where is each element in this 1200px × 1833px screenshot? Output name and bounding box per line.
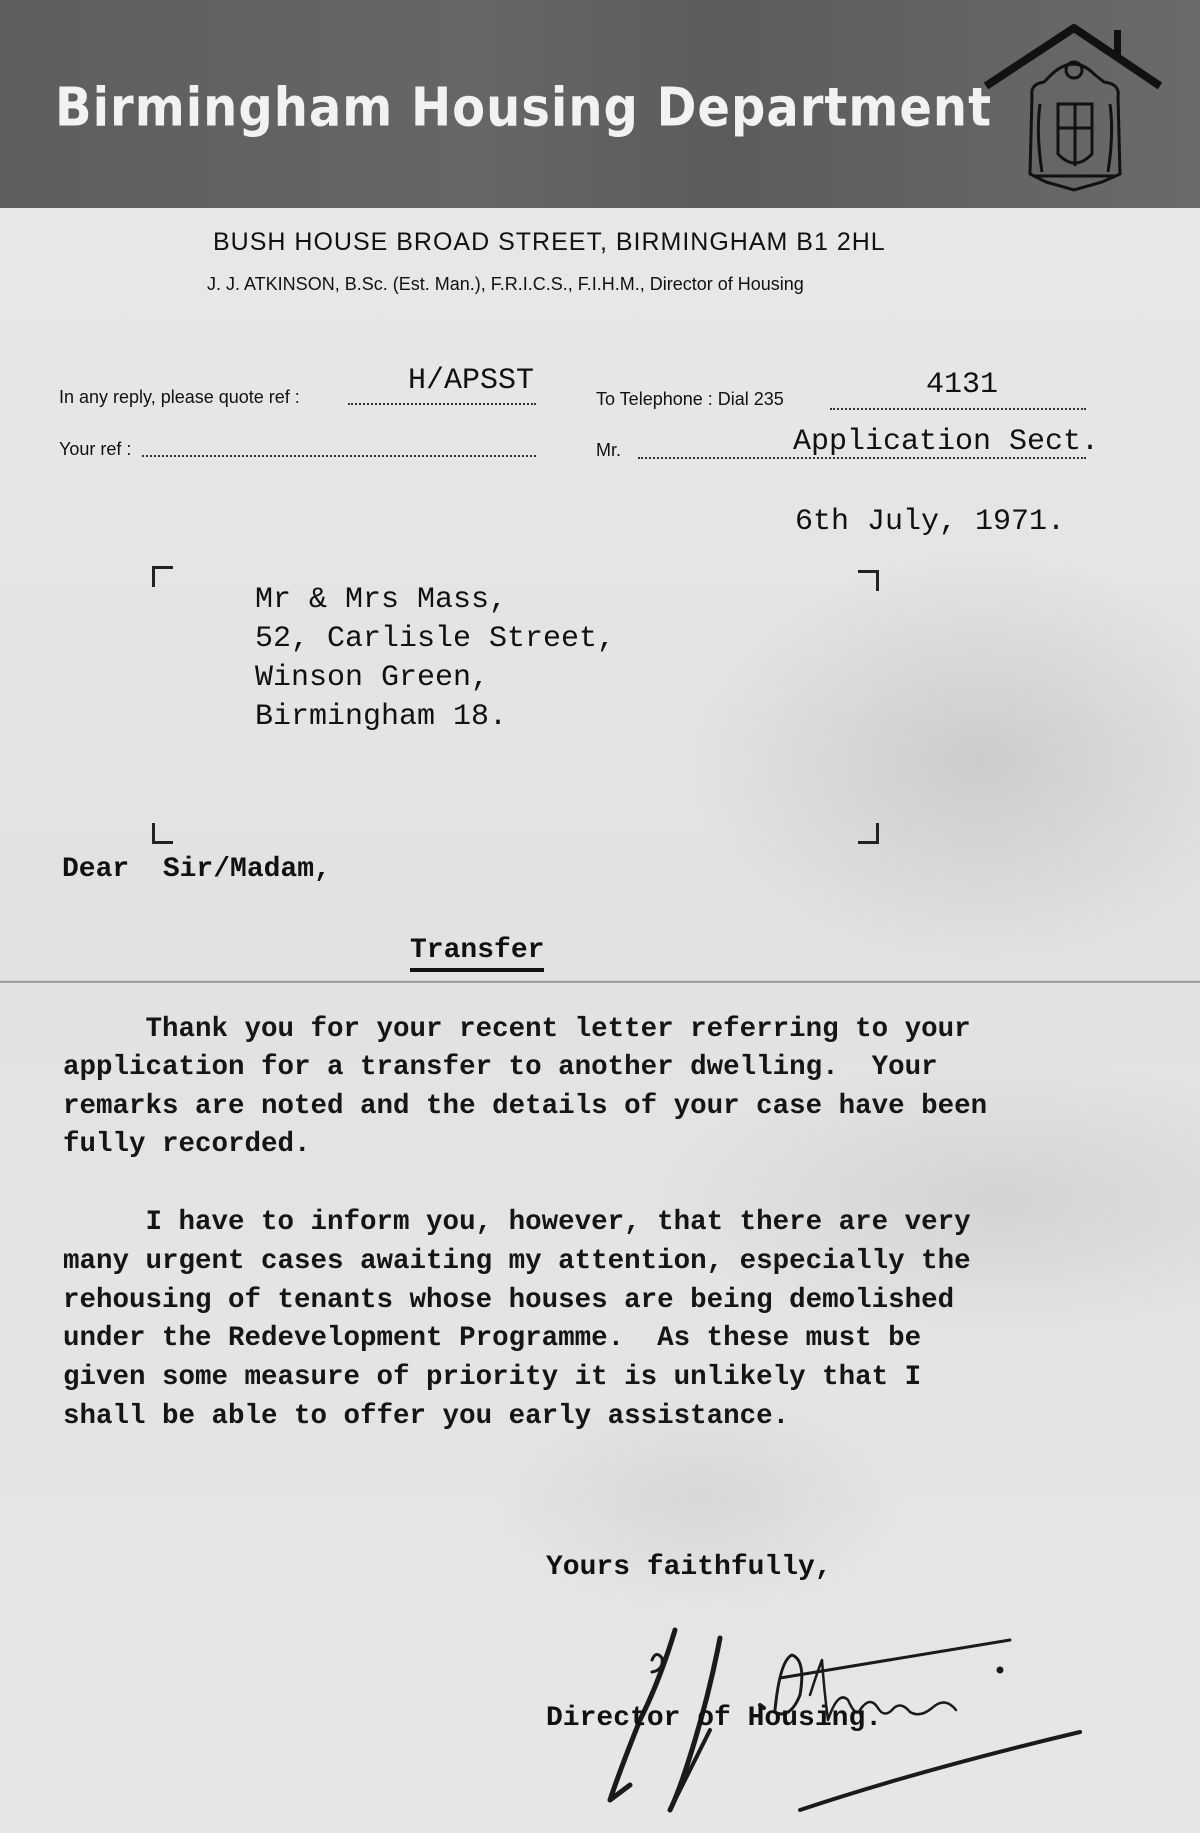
salutation: Dear Sir/Madam, [62,854,331,885]
subject-heading: Transfer [410,935,544,972]
address-window-corner-bottom-right [858,823,879,844]
recipient-line: Mr & Mrs Mass, [255,583,507,617]
body-line: shall be able to offer you early assista… [63,1398,789,1437]
quote-ref-dotted-line [348,403,536,405]
letter-date: 6th July, 1971. [795,505,1065,539]
body-line: Thank you for your recent letter referri… [63,1011,971,1050]
recipient-line: Winson Green, [255,661,489,695]
body-line: application for a transfer to another dw… [63,1049,938,1088]
telephone-extension: 4131 [926,368,998,402]
body-line: under the Redevelopment Programme. As th… [63,1320,921,1359]
body-line: rehousing of tenants whose houses are be… [63,1282,954,1321]
paper-fold-line [0,980,1200,983]
your-ref-dotted-line [142,455,536,457]
valediction: Yours faithfully, [546,1552,832,1583]
address-window-corner-top-left [152,566,173,587]
mr-label: Mr. [596,440,621,461]
body-line: remarks are noted and the details of you… [63,1088,987,1127]
body-line: many urgent cases awaiting my attention,… [63,1243,971,1282]
department-address: BUSH HOUSE BROAD STREET, BIRMINGHAM B1 2… [213,228,886,257]
body-line: given some measure of priority it is unl… [63,1359,921,1398]
mr-value: Application Sect. [793,425,1099,459]
quote-ref-value: H/APSST [408,364,534,398]
signatory-title: Director of Housing. [546,1703,882,1734]
address-window-corner-top-right [858,570,879,591]
house-roof-coat-of-arms-icon [982,24,1168,194]
letterhead-banner: Birmingham Housing Department [0,0,1200,208]
organization-name: Birmingham Housing Department [55,76,992,139]
recipient-line: Birmingham 18. [255,700,507,734]
your-ref-label: Your ref : [59,439,131,460]
address-window-corner-bottom-left [152,823,173,844]
body-line: I have to inform you, however, that ther… [63,1204,971,1243]
telephone-label: To Telephone : Dial 235 [596,389,784,410]
body-line: fully recorded. [63,1126,311,1165]
telephone-dotted-line [830,408,1086,410]
letter-page: Birmingham Housing Department BUSH HOUSE… [0,0,1200,1833]
director-credentials: J. J. ATKINSON, B.Sc. (Est. Man.), F.R.I… [207,274,804,295]
recipient-line: 52, Carlisle Street, [255,622,615,656]
quote-ref-label: In any reply, please quote ref : [59,387,300,408]
